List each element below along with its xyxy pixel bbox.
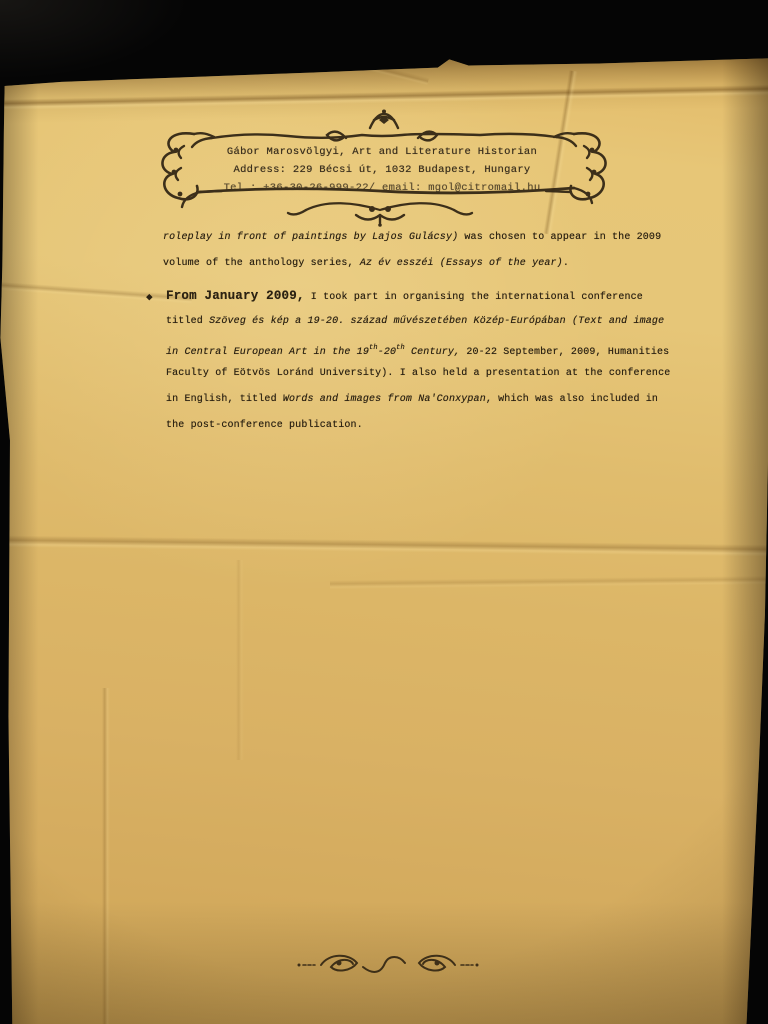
photo-background: Gábor Marosvölgyi, Art and Literature Hi… <box>0 0 768 1024</box>
text-segment: . <box>563 258 569 269</box>
text-segment: I took part in organising the internatio… <box>305 292 643 303</box>
paper-crease <box>330 576 768 590</box>
letterhead-contact: Tel.: +36-30-26-999-22/ email: mgol@citr… <box>224 182 541 194</box>
text-segment: Century, <box>405 347 460 358</box>
text-line: in Central European Art in the 19th-20th… <box>166 341 669 357</box>
photo-of-document: Gábor Marosvölgyi, Art and Literature Hi… <box>0 0 768 1024</box>
letterhead-address: Address: 229 Bécsi út, 1032 Budapest, Hu… <box>233 164 530 176</box>
letterhead-name: Gábor Marosvölgyi, Art and Literature Hi… <box>227 146 537 158</box>
text-segment: Words and images from Na'Conxypan <box>283 394 486 405</box>
text-segment: roleplay in front of paintings by Lajos … <box>163 232 458 243</box>
text-segment: in Central European Art in the 19 <box>166 347 369 358</box>
text-segment: was chosen to appear in the 2009 <box>458 232 661 243</box>
text-line: the post-conference publication. <box>166 419 363 435</box>
paper-crease <box>301 46 429 85</box>
text-segment: Szöveg és kép a 19-20. század művészetéb… <box>209 316 664 327</box>
paper-crease <box>0 84 768 110</box>
text-segment: the post-conference publication. <box>166 420 363 431</box>
paper-crease <box>0 535 768 557</box>
footer-flourish-ornament <box>293 944 483 986</box>
text-line: titled Szöveg és kép a 19-20. század műv… <box>166 315 664 331</box>
text-segment: volume of the anthology series, <box>163 258 360 269</box>
text-line: Faculty of Eötvös Loránd University). I … <box>166 367 670 383</box>
document-paper: Gábor Marosvölgyi, Art and Literature Hi… <box>0 0 768 1024</box>
text-segment: in English, titled <box>166 394 283 405</box>
text-segment: th <box>396 344 405 352</box>
paper-crease <box>236 560 244 760</box>
text-line: in English, titled Words and images from… <box>166 393 658 409</box>
text-segment: Faculty of Eötvös Loránd University). I … <box>166 368 670 379</box>
diamond-bullet-icon: ◆ <box>146 290 153 304</box>
text-segment: th <box>369 344 378 352</box>
text-line: roleplay in front of paintings by Lajos … <box>163 231 661 247</box>
text-segment: 20-22 September, 2009, Humanities <box>460 347 669 358</box>
paragraph-conference: From January 2009, I took part in organi… <box>166 289 706 459</box>
paragraph-anthology: roleplay in front of paintings by Lajos … <box>163 231 703 291</box>
text-segment: , which was also included in <box>486 394 658 405</box>
paper-crease <box>102 688 110 1024</box>
text-line: From January 2009, I took part in organi… <box>166 289 643 305</box>
text-segment: From January 2009, <box>166 289 305 303</box>
text-segment: titled <box>166 316 209 327</box>
text-segment: -20 <box>378 347 396 358</box>
text-segment: Az év esszéi (Essays of the year) <box>360 258 563 269</box>
text-line: volume of the anthology series, Az év es… <box>163 257 569 273</box>
